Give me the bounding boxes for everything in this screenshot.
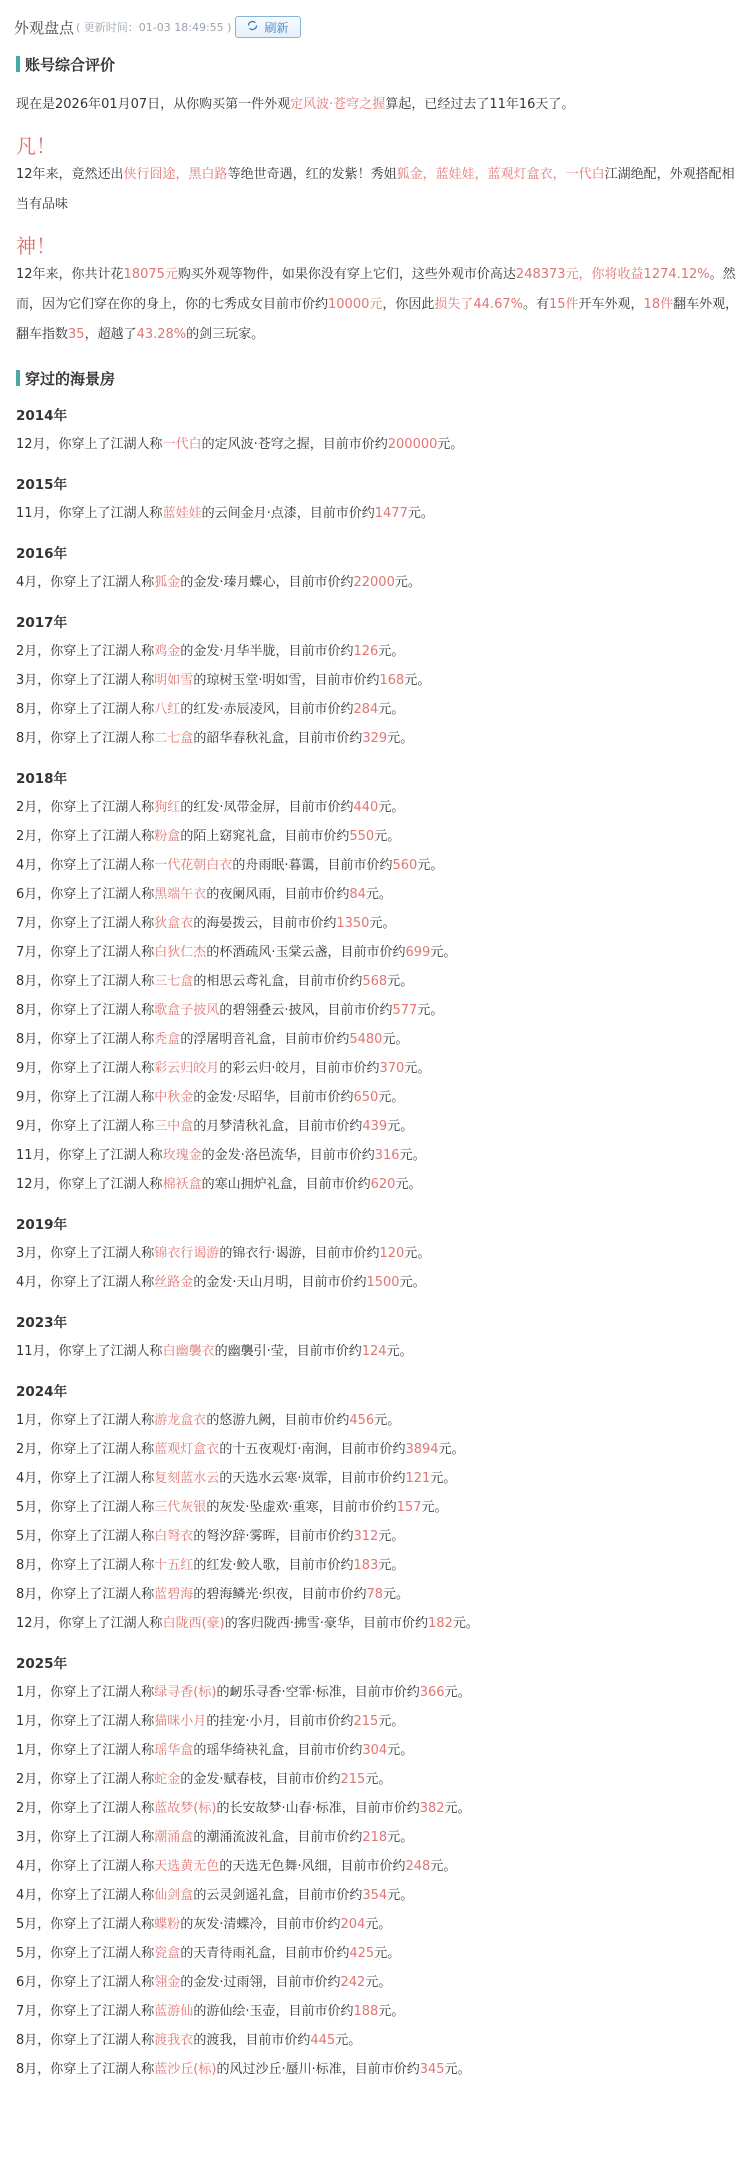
item-text: 的 xyxy=(193,916,206,931)
item-nickname: 瓷盒 xyxy=(154,1946,180,1961)
item-text: ，你穿上了江湖人称 xyxy=(37,916,154,931)
item-nickname: 复刻蓝水云 xyxy=(154,1471,219,1486)
header-bar: 外观盘点 ( 更新时间：01-03 18:49:55 ) 刷新 xyxy=(14,12,736,42)
item-name: 瑶华绮袂礼盒 xyxy=(206,1743,284,1758)
item-price: 650 xyxy=(353,1090,378,1105)
text: 购买外观等物件，如果你没有穿上它们，这些外观市价高达 xyxy=(178,267,516,282)
item-nickname: 翎金 xyxy=(154,1975,180,1990)
item-text: 的 xyxy=(193,1558,206,1573)
item-price: 182 xyxy=(428,1616,453,1631)
item-name: 长安故梦·山春·标准 xyxy=(229,1801,341,1816)
item-text: 元。 xyxy=(387,1888,413,1903)
item-name: 天选水云寒·岚霏 xyxy=(232,1471,327,1486)
list-item: 8月，你穿上了江湖人称十五红的红发·鲛人歌，目前市价约183元。 xyxy=(16,1551,736,1580)
item-text: 的 xyxy=(219,1061,232,1076)
item-text: ，目前市价约 xyxy=(342,1801,420,1816)
item-text: 的 xyxy=(216,1801,229,1816)
item-name: 寒山拥炉礼盒 xyxy=(215,1177,293,1192)
item-nickname: 渡我衣 xyxy=(154,2033,193,2048)
item-text: 的 xyxy=(193,1090,206,1105)
item-price: 188 xyxy=(353,2004,378,2019)
item-price: 370 xyxy=(379,1061,404,1076)
item-text: 的 xyxy=(206,1714,219,1729)
item-text: 元。 xyxy=(387,1344,413,1359)
item-text: ，你穿上了江湖人称 xyxy=(37,1275,154,1290)
item-price: 248 xyxy=(405,1859,430,1874)
item-text: 的 xyxy=(206,1500,219,1515)
item-text: 元。 xyxy=(430,1859,456,1874)
item-name: 碧翎叠云·披风 xyxy=(232,1003,314,1018)
year-heading: 2014年 xyxy=(16,404,736,428)
list-item: 8月，你穿上了江湖人称八红的红发·赤辰凌风，目前市价约284元。 xyxy=(16,695,736,724)
item-nickname: 游龙盒衣 xyxy=(154,1413,206,1428)
loss-value: 损失了44.67% xyxy=(434,297,523,312)
item-text: ，目前市价约 xyxy=(275,1529,353,1544)
item-text: ，目前市价约 xyxy=(284,1344,362,1359)
item-nickname: 仙剑盒 xyxy=(154,1888,193,1903)
item-price: 22000 xyxy=(353,575,394,590)
item-name: 金发·过雨翎 xyxy=(193,1975,262,1990)
item-month: 2月 xyxy=(16,1801,37,1816)
item-name: 定风波·苍穹之握 xyxy=(215,437,310,452)
item-text: 的 xyxy=(193,731,206,746)
open-count: 15件 xyxy=(549,297,579,312)
item-name: 灰发·清蝶冷 xyxy=(193,1917,262,1932)
item-nickname: 蓝娃娃 xyxy=(163,506,202,521)
item-nickname: 三七盒 xyxy=(154,974,193,989)
item-month: 4月 xyxy=(16,1275,37,1290)
item-text: ，目前市价约 xyxy=(284,731,362,746)
list-item: 5月，你穿上了江湖人称蝶粉的灰发·清蝶冷，目前市价约204元。 xyxy=(16,1910,736,1939)
item-text: 元。 xyxy=(395,1177,421,1192)
item-text: ，目前市价约 xyxy=(288,1587,366,1602)
item-text: 元。 xyxy=(335,2033,361,2048)
item-name: 金发·瑧月蝶心 xyxy=(193,575,275,590)
item-month: 8月 xyxy=(16,1587,37,1602)
item-name: 天选无色舞·风细 xyxy=(232,1859,327,1874)
item-nickname: 蓝碧海 xyxy=(154,1587,193,1602)
item-month: 3月 xyxy=(16,673,37,688)
item-text: ，目前市价约 xyxy=(275,1558,353,1573)
item-text: ，你穿上了江湖人称 xyxy=(46,1616,163,1631)
item-text: ，目前市价约 xyxy=(297,1148,375,1163)
item-month: 1月 xyxy=(16,1413,37,1428)
item-text: ，目前市价约 xyxy=(297,506,375,521)
list-item: 4月，你穿上了江湖人称丝路金的金发·天山月明，目前市价约1500元。 xyxy=(16,1268,736,1297)
item-text: 元。 xyxy=(404,673,430,688)
item-text: 的 xyxy=(202,437,215,452)
item-nickname: 白幽襲衣 xyxy=(163,1344,215,1359)
item-name: 相思云鸢礼盒 xyxy=(206,974,284,989)
item-nickname: 蓝故梦(标) xyxy=(154,1801,216,1816)
item-price: 3894 xyxy=(405,1442,438,1457)
item-text: 元。 xyxy=(437,437,463,452)
item-text: 元。 xyxy=(378,1558,404,1573)
item-text: 元。 xyxy=(387,1119,413,1134)
item-text: 的 xyxy=(219,1859,232,1874)
item-text: ，目前市价约 xyxy=(262,1917,340,1932)
item-name: 金发·洛邑流华 xyxy=(215,1148,297,1163)
list-item: 4月，你穿上了江湖人称仙剑盒的云灵剑遥礼盒，目前市价约354元。 xyxy=(16,1881,736,1910)
item-text: 元。 xyxy=(378,1090,404,1105)
item-price: 204 xyxy=(340,1917,365,1932)
item-text: ，你穿上了江湖人称 xyxy=(46,1177,163,1192)
list-item: 9月，你穿上了江湖人称中秋金的金发·尽昭华，目前市价约650元。 xyxy=(16,1083,736,1112)
item-month: 1月 xyxy=(16,1685,37,1700)
item-price: 215 xyxy=(353,1714,378,1729)
item-nickname: 白陇西(豪) xyxy=(163,1616,225,1631)
item-text: 元。 xyxy=(404,1061,430,1076)
item-text: 元。 xyxy=(445,1801,471,1816)
item-text: 的 xyxy=(193,1743,206,1758)
item-text: 的 xyxy=(215,1344,228,1359)
item-name: 彩云归·皎月 xyxy=(232,1061,301,1076)
item-nickname: 十五红 xyxy=(154,1558,193,1573)
item-month: 11月 xyxy=(16,1344,46,1359)
item-text: ，目前市价约 xyxy=(275,1090,353,1105)
list-item: 7月，你穿上了江湖人称白狄仁杰的杯酒疏风·玉棠云盏，目前市价约699元。 xyxy=(16,938,736,967)
item-price: 699 xyxy=(405,945,430,960)
list-item: 8月，你穿上了江湖人称蓝碧海的碧海鳞光·织夜，目前市价约78元。 xyxy=(16,1580,736,1609)
list-item: 2月，你穿上了江湖人称鸡金的金发·月华半胧，目前市价约126元。 xyxy=(16,637,736,666)
item-nickname: 狄盒衣 xyxy=(154,916,193,931)
item-month: 2月 xyxy=(16,800,37,815)
item-text: ，目前市价约 xyxy=(275,644,353,659)
item-text: 元。 xyxy=(374,829,400,844)
item-text: 的 xyxy=(193,1587,206,1602)
item-name: 海晏拨云 xyxy=(206,916,258,931)
item-price: 354 xyxy=(362,1888,387,1903)
item-nickname: 鸡金 xyxy=(154,644,180,659)
list-item: 2月，你穿上了江湖人称蓝观灯盒衣的十五夜观灯·南涧，目前市价约3894元。 xyxy=(16,1435,736,1464)
text: ，你因此 xyxy=(382,297,434,312)
item-text: 元。 xyxy=(366,887,392,902)
first-item-highlight: 定风波·苍穹之握 xyxy=(290,97,385,112)
item-text: ，目前市价约 xyxy=(284,974,362,989)
item-nickname: 一代白 xyxy=(163,437,202,452)
item-text: 元。 xyxy=(369,916,395,931)
item-month: 11月 xyxy=(16,1148,46,1163)
item-text: ，目前市价约 xyxy=(271,887,349,902)
item-text: 的 xyxy=(193,2004,206,2019)
year-heading: 2018年 xyxy=(16,767,736,791)
year-heading: 2023年 xyxy=(16,1311,736,1335)
item-text: 的 xyxy=(193,1119,206,1134)
item-text: 元。 xyxy=(365,1917,391,1932)
item-price: 120 xyxy=(379,1246,404,1261)
item-nickname: 锦衣行谒游 xyxy=(154,1246,219,1261)
item-month: 3月 xyxy=(16,1830,37,1845)
item-text: ，你穿上了江湖人称 xyxy=(37,1500,154,1515)
year-block: 2025年1月，你穿上了江湖人称绿寻香(标)的衂乐寻香·空霏·标准，目前市价约3… xyxy=(16,1652,736,2084)
item-month: 8月 xyxy=(16,731,37,746)
item-text: 的 xyxy=(193,1275,206,1290)
text: ，超越了 xyxy=(85,327,137,342)
item-text: 的 xyxy=(193,1888,206,1903)
item-text: 元。 xyxy=(378,702,404,717)
item-price: 183 xyxy=(353,1558,378,1573)
item-name: 锦衣行·谒游 xyxy=(232,1246,301,1261)
item-text: ，目前市价约 xyxy=(258,916,336,931)
list-item: 4月，你穿上了江湖人称一代花朝白衣的舟雨眠·暮霭，目前市价约560元。 xyxy=(16,851,736,880)
item-text: ，目前市价约 xyxy=(275,800,353,815)
item-name: 夜阑风雨 xyxy=(219,887,271,902)
item-text: ，目前市价约 xyxy=(342,1685,420,1700)
item-price: 382 xyxy=(420,1801,445,1816)
item-nickname: 明如雪 xyxy=(154,673,193,688)
year-block: 2015年11月，你穿上了江湖人称蓝娃娃的云间金月·点漆，目前市价约1477元。 xyxy=(16,473,736,528)
item-nickname: 猫咪小月 xyxy=(154,1714,206,1729)
year-block: 2016年4月，你穿上了江湖人称狐金的金发·瑧月蝶心，目前市价约22000元。 xyxy=(16,542,736,597)
item-price: 550 xyxy=(349,829,374,844)
item-price: 312 xyxy=(353,1529,378,1544)
item-text: ，目前市价约 xyxy=(271,1946,349,1961)
item-nickname: 棉袄盒 xyxy=(163,1177,202,1192)
item-name: 十五夜观灯·南涧 xyxy=(232,1442,327,1457)
year-block: 2014年12月，你穿上了江湖人称一代白的定风波·苍穹之握，目前市价约20000… xyxy=(16,404,736,459)
item-price: 126 xyxy=(353,644,378,659)
item-text: ，你穿上了江湖人称 xyxy=(37,1830,154,1845)
item-text: 元。 xyxy=(421,1500,447,1515)
item-nickname: 粉盒 xyxy=(154,829,180,844)
item-price: 1477 xyxy=(375,506,408,521)
item-price: 440 xyxy=(353,800,378,815)
item-text: 的 xyxy=(202,506,215,521)
year-heading: 2024年 xyxy=(16,1380,736,1404)
item-text: ，你穿上了江湖人称 xyxy=(37,1471,154,1486)
item-text: ，目前市价约 xyxy=(275,702,353,717)
item-text: ，你穿上了江湖人称 xyxy=(37,575,154,590)
item-price: 84 xyxy=(349,887,366,902)
item-name: 月梦清秋礼盒 xyxy=(206,1119,284,1134)
list-item: 7月，你穿上了江湖人称蓝游仙的游仙绘·玉壶，目前市价约188元。 xyxy=(16,1997,736,2026)
year-block: 2024年1月，你穿上了江湖人称游龙盒衣的悠游九阙，目前市价约456元。2月，你… xyxy=(16,1380,736,1638)
item-text: 的 xyxy=(216,2062,229,2077)
item-price: 242 xyxy=(340,1975,365,1990)
item-nickname: 蛇金 xyxy=(154,1772,180,1787)
percentile: 43.28% xyxy=(137,327,187,342)
item-text: 元。 xyxy=(387,974,413,989)
item-text: 元。 xyxy=(404,1246,430,1261)
list-item: 2月，你穿上了江湖人称蓝故梦(标)的长安故梦·山春·标准，目前市价约382元。 xyxy=(16,1794,736,1823)
item-text: 的 xyxy=(193,673,206,688)
item-price: 620 xyxy=(371,1177,396,1192)
item-name: 云灵剑遥礼盒 xyxy=(206,1888,284,1903)
item-nickname: 二七盒 xyxy=(154,731,193,746)
item-month: 8月 xyxy=(16,1558,37,1573)
item-price: 304 xyxy=(362,1743,387,1758)
shen-paragraph: 12年来，你共计花18075元购买外观等物件，如果你没有穿上它们，这些外观市价高… xyxy=(16,260,744,350)
item-name: 红发·鲛人歌 xyxy=(206,1558,275,1573)
item-text: 元。 xyxy=(382,1032,408,1047)
item-month: 9月 xyxy=(16,1119,37,1134)
item-nickname: 白弩衣 xyxy=(154,1529,193,1544)
item-month: 7月 xyxy=(16,2004,37,2019)
item-text: ，你穿上了江湖人称 xyxy=(37,1119,154,1134)
item-text: ，目前市价约 xyxy=(301,1061,379,1076)
list-item: 1月，你穿上了江湖人称猫咪小月的挂宠·小月，目前市价约215元。 xyxy=(16,1707,736,1736)
item-text: 元。 xyxy=(374,1946,400,1961)
item-text: ，目前市价约 xyxy=(301,673,379,688)
item-text: 元。 xyxy=(417,1003,443,1018)
item-text: ，你穿上了江湖人称 xyxy=(46,1148,163,1163)
item-name: 舟雨眠·暮霭 xyxy=(245,858,314,873)
item-text: ，你穿上了江湖人称 xyxy=(37,673,154,688)
text: 12年来，你共计花 xyxy=(16,267,124,282)
year-heading: 2016年 xyxy=(16,542,736,566)
item-text: 的 xyxy=(219,1442,232,1457)
section-bar xyxy=(16,370,20,386)
list-item: 2月，你穿上了江湖人称蛇金的金发·赋春枝，目前市价约215元。 xyxy=(16,1765,736,1794)
item-text: 的 xyxy=(232,858,245,873)
section-title-text: 穿过的海景房 xyxy=(25,368,115,389)
item-name: 客归陇西·拂雪·豪华 xyxy=(238,1616,350,1631)
item-text: 的 xyxy=(219,1471,232,1486)
item-text: ，你穿上了江湖人称 xyxy=(37,731,154,746)
list-item: 4月，你穿上了江湖人称复刻蓝水云的天选水云寒·岚霏，目前市价约121元。 xyxy=(16,1464,736,1493)
item-month: 9月 xyxy=(16,1061,37,1076)
item-text: ，你穿上了江湖人称 xyxy=(37,1859,154,1874)
item-text: ，你穿上了江湖人称 xyxy=(37,974,154,989)
list-item: 2月，你穿上了江湖人称狗红的红发·凤带金屏，目前市价约440元。 xyxy=(16,793,736,822)
item-text: ，你穿上了江湖人称 xyxy=(37,644,154,659)
list-item: 12月，你穿上了江湖人称一代白的定风波·苍穹之握，目前市价约200000元。 xyxy=(16,430,736,459)
item-text: ，目前市价约 xyxy=(262,1772,340,1787)
item-text: ，目前市价约 xyxy=(271,1413,349,1428)
item-name: 弩汐辞·雾晖 xyxy=(206,1529,275,1544)
list-item: 3月，你穿上了江湖人称潮涌盒的潮涌流波礼盒，目前市价约218元。 xyxy=(16,1823,736,1852)
item-text: ，你穿上了江湖人称 xyxy=(37,1442,154,1457)
list-item: 3月，你穿上了江湖人称锦衣行谒游的锦衣行·谒游，目前市价约120元。 xyxy=(16,1239,736,1268)
item-text: ，目前市价约 xyxy=(271,829,349,844)
item-month: 8月 xyxy=(16,2062,37,2077)
item-text: ，目前市价约 xyxy=(350,1616,428,1631)
item-price: 568 xyxy=(362,974,387,989)
item-price: 577 xyxy=(392,1003,417,1018)
item-text: ，你穿上了江湖人称 xyxy=(46,1344,163,1359)
item-month: 5月 xyxy=(16,1917,37,1932)
item-month: 5月 xyxy=(16,1500,37,1515)
item-month: 6月 xyxy=(16,1975,37,1990)
item-text: ，你穿上了江湖人称 xyxy=(37,702,154,717)
item-text: 元。 xyxy=(378,644,404,659)
item-text: ，目前市价约 xyxy=(314,858,392,873)
intro-text-end: 算起，已经过去了11年16天了。 xyxy=(385,97,574,112)
item-text: 的 xyxy=(180,644,193,659)
item-price: 425 xyxy=(349,1946,374,1961)
item-month: 4月 xyxy=(16,858,37,873)
item-text: 的 xyxy=(180,1946,193,1961)
item-text: ，目前市价约 xyxy=(301,1246,379,1261)
item-nickname: 黑端午衣 xyxy=(154,887,206,902)
item-text: 的 xyxy=(219,1003,232,1018)
year-block: 2017年2月，你穿上了江湖人称鸡金的金发·月华半胧，目前市价约126元。3月，… xyxy=(16,611,736,753)
item-text: 的 xyxy=(193,2033,206,2048)
shen-heading: 神！ xyxy=(16,232,736,260)
item-month: 7月 xyxy=(16,916,37,931)
item-text: ，目前市价约 xyxy=(284,1119,362,1134)
refresh-button[interactable]: 刷新 xyxy=(235,16,301,38)
item-name: 金发·赋春枝 xyxy=(193,1772,262,1787)
item-nickname: 狗红 xyxy=(154,800,180,815)
item-text: 的 xyxy=(180,1032,193,1047)
item-text: 元。 xyxy=(387,1830,413,1845)
item-price: 124 xyxy=(362,1344,387,1359)
item-name: 琼树玉堂·明如雪 xyxy=(206,673,301,688)
item-text: ，目前市价约 xyxy=(262,1975,340,1990)
item-text: 元。 xyxy=(374,1413,400,1428)
list-item: 11月，你穿上了江湖人称蓝娃娃的云间金月·点漆，目前市价约1477元。 xyxy=(16,499,736,528)
list-item: 6月，你穿上了江湖人称翎金的金发·过雨翎，目前市价约242元。 xyxy=(16,1968,736,1997)
item-text: 的 xyxy=(193,974,206,989)
list-item: 7月，你穿上了江湖人称狄盒衣的海晏拨云，目前市价约1350元。 xyxy=(16,909,736,938)
list-item: 5月，你穿上了江湖人称瓷盒的天青待雨礼盒，目前市价约425元。 xyxy=(16,1939,736,1968)
year-heading: 2019年 xyxy=(16,1213,736,1237)
item-text: 元。 xyxy=(400,1275,426,1290)
item-name: 浮屠明音礼盒 xyxy=(193,1032,271,1047)
item-price: 1500 xyxy=(366,1275,399,1290)
list-item: 5月，你穿上了江湖人称白弩衣的弩汐辞·雾晖，目前市价约312元。 xyxy=(16,1522,736,1551)
item-text: ，你穿上了江湖人称 xyxy=(37,2033,154,2048)
item-name: 碧海鳞光·织夜 xyxy=(206,1587,288,1602)
item-month: 2月 xyxy=(16,1772,37,1787)
item-text: ，你穿上了江湖人称 xyxy=(37,858,154,873)
list-item: 12月，你穿上了江湖人称白陇西(豪)的客归陇西·拂雪·豪华，目前市价约182元。 xyxy=(16,1609,736,1638)
item-text: ，你穿上了江湖人称 xyxy=(37,1587,154,1602)
item-text: ，目前市价约 xyxy=(284,1888,362,1903)
item-text: 的 xyxy=(180,1772,193,1787)
item-text: 的 xyxy=(216,1685,229,1700)
section-account-summary: 账号综合评价 xyxy=(16,52,736,76)
item-price: 200000 xyxy=(388,437,438,452)
item-name: 杯酒疏风·玉棠云盏 xyxy=(219,945,327,960)
item-price: 78 xyxy=(366,1587,383,1602)
item-text: 的 xyxy=(180,1917,193,1932)
item-text: ，你穿上了江湖人称 xyxy=(37,829,154,844)
list-item: 1月，你穿上了江湖人称游龙盒衣的悠游九阙，目前市价约456元。 xyxy=(16,1406,736,1435)
item-name: 灰发·坠虚欢·重寒 xyxy=(219,1500,318,1515)
intro-text: 现在是2026年01月07日，从你购买第一件外观 xyxy=(16,97,290,112)
item-month: 5月 xyxy=(16,1946,37,1961)
fan-paragraph: 12年来，竟然还出侠行囧途，黑白路等绝世奇遇，红的发紫！秀姐狐金，蓝娃娃，蓝观灯… xyxy=(16,160,744,220)
item-name: 金发·月华半胧 xyxy=(193,644,275,659)
spent-value: 18075元 xyxy=(124,267,178,282)
item-text: ，你穿上了江湖人称 xyxy=(37,1413,154,1428)
item-text: ，目前市价约 xyxy=(275,1714,353,1729)
item-text: ，你穿上了江湖人称 xyxy=(37,1558,154,1573)
item-text: ，目前市价约 xyxy=(284,1830,362,1845)
list-item: 8月，你穿上了江湖人称蓝沙丘(标)的风过沙丘·蜃川·标准，目前市价约345元。 xyxy=(16,2055,736,2084)
item-month: 4月 xyxy=(16,1888,37,1903)
item-text: ，目前市价约 xyxy=(327,945,405,960)
item-nickname: 丝路金 xyxy=(154,1275,193,1290)
item-name: 幽襲引·莹 xyxy=(228,1344,284,1359)
item-text: ，你穿上了江湖人称 xyxy=(46,437,163,452)
account-value: 10000元 xyxy=(328,297,382,312)
item-text: ，你穿上了江湖人称 xyxy=(37,1090,154,1105)
item-name: 渡我 xyxy=(206,2033,232,2048)
item-text: 元。 xyxy=(378,2004,404,2019)
item-text: 元。 xyxy=(430,1471,456,1486)
item-price: 121 xyxy=(405,1471,430,1486)
item-text: ，目前市价约 xyxy=(293,1177,371,1192)
item-text: ，目前市价约 xyxy=(342,2062,420,2077)
item-price: 345 xyxy=(420,2062,445,2077)
list-item: 3月，你穿上了江湖人称明如雪的琼树玉堂·明如雪，目前市价约168元。 xyxy=(16,666,736,695)
item-name: 悠游九阙 xyxy=(219,1413,271,1428)
item-name: 游仙绘·玉壶 xyxy=(206,2004,275,2019)
item-month: 8月 xyxy=(16,1032,37,1047)
